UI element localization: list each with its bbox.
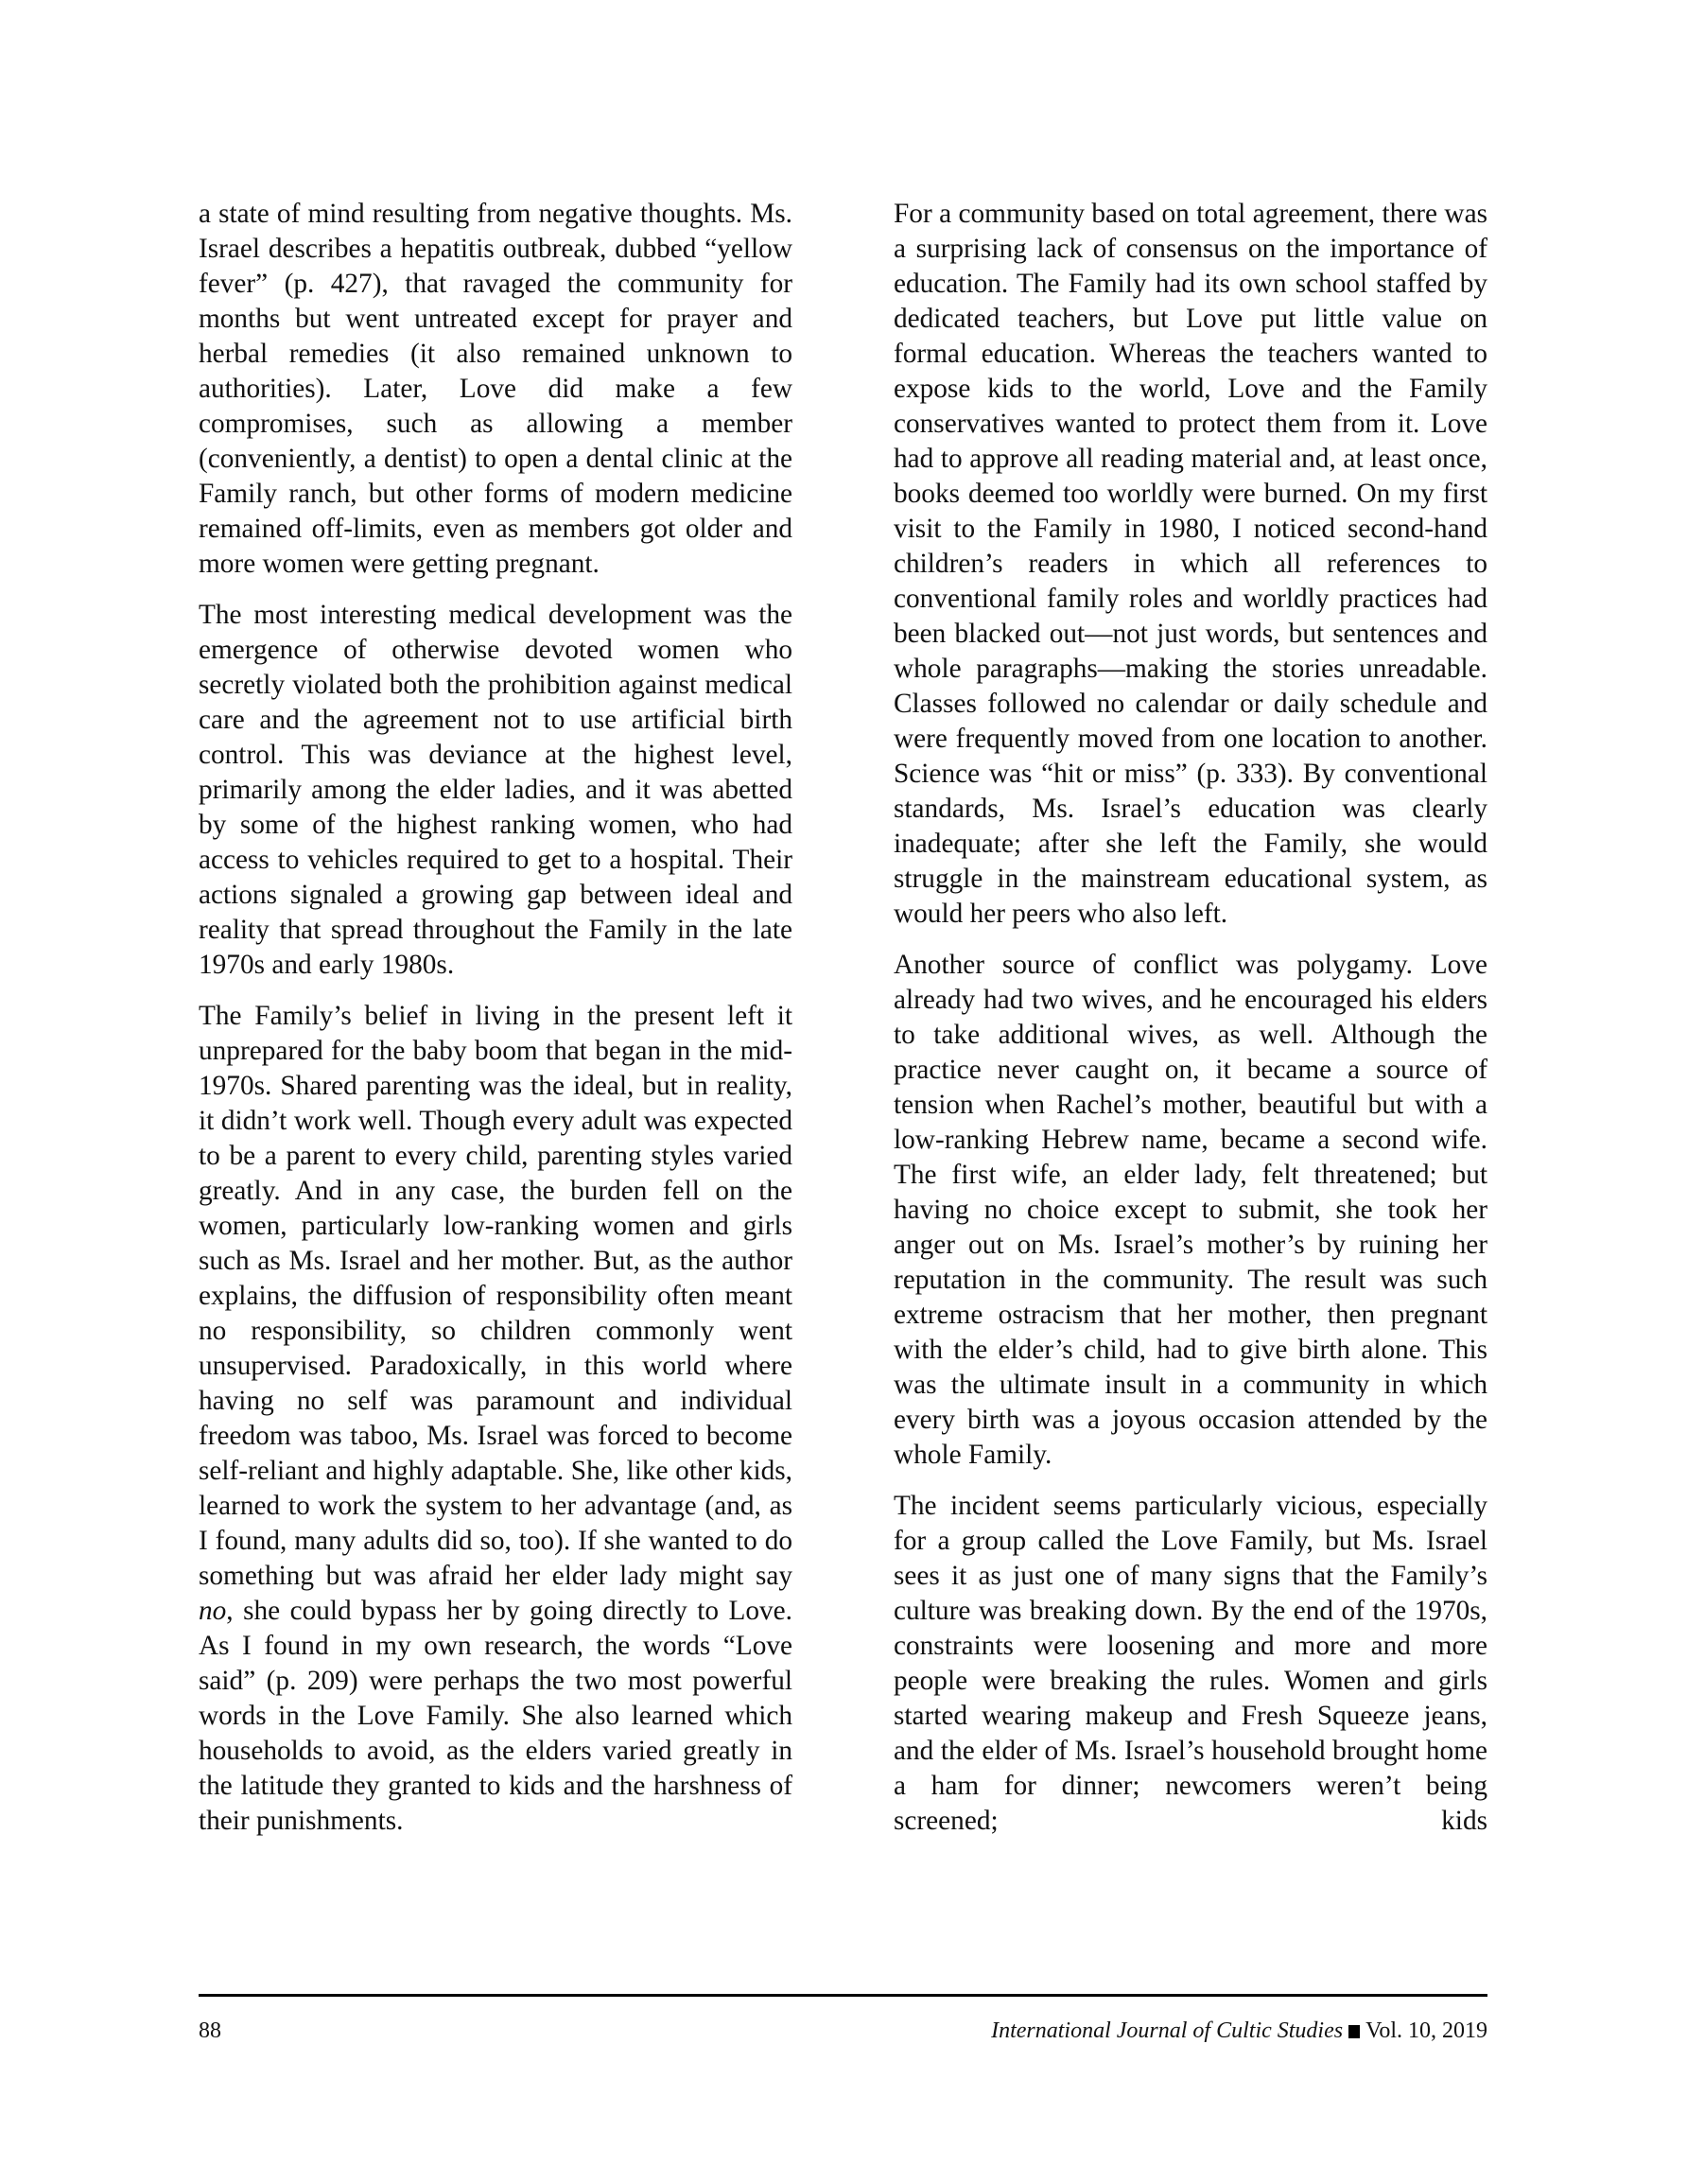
paragraph-text: , she could bypass her by going directly… bbox=[199, 1596, 792, 1836]
emphasis-text: no bbox=[199, 1596, 226, 1626]
paragraph: The most interesting medical development… bbox=[199, 598, 792, 983]
journal-title: International Journal of Cultic Studies bbox=[991, 2018, 1343, 2043]
paragraph-text: The Family’s belief in living in the pre… bbox=[199, 1001, 792, 1591]
square-bullet-icon bbox=[1348, 2025, 1360, 2038]
journal-volume: Vol. 10, 2019 bbox=[1365, 2018, 1487, 2043]
paragraph: a state of mind resulting from negative … bbox=[199, 197, 792, 582]
paragraph: For a community based on total agreement… bbox=[894, 197, 1487, 932]
paragraph: The incident seems particularly vicious,… bbox=[894, 1489, 1487, 1839]
document-page: a state of mind resulting from negative … bbox=[0, 0, 1687, 2184]
footer-divider bbox=[199, 1994, 1487, 1997]
left-column: a state of mind resulting from negative … bbox=[199, 197, 792, 1839]
journal-citation: International Journal of Cultic StudiesV… bbox=[991, 2017, 1487, 2045]
page-number: 88 bbox=[199, 2017, 221, 2045]
right-column: For a community based on total agreement… bbox=[894, 197, 1487, 1839]
paragraph: The Family’s belief in living in the pre… bbox=[199, 999, 792, 1839]
paragraph: Another source of conflict was polygamy.… bbox=[894, 948, 1487, 1473]
